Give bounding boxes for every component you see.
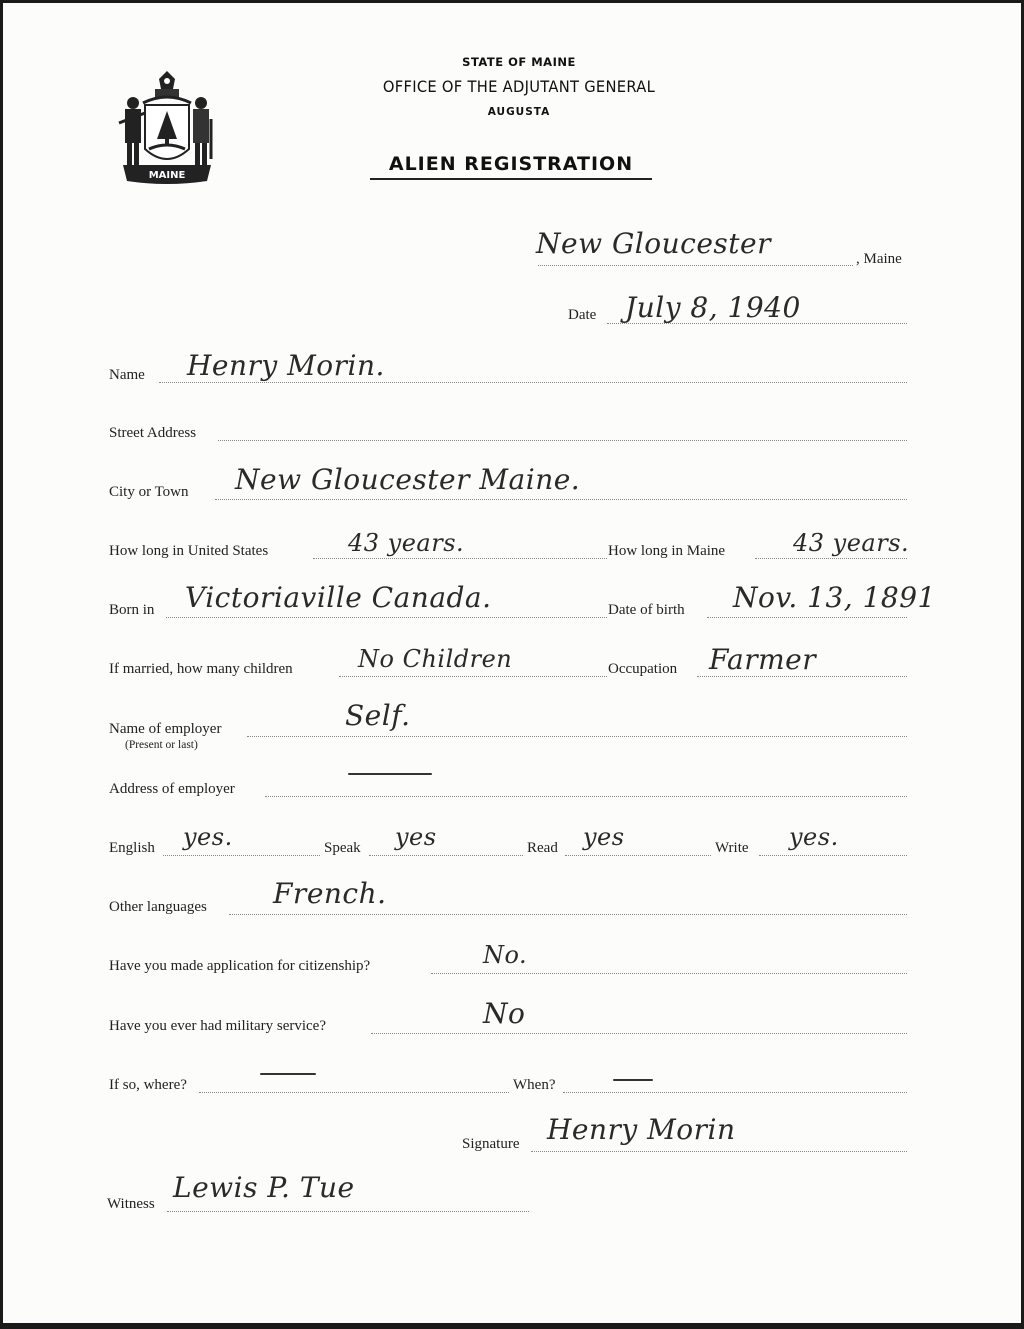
speak-label: Speak [324,840,361,857]
write-value[interactable]: yes. [789,823,839,851]
date-value[interactable]: July 8, 1940 [625,291,801,324]
employer-address-label: Address of employer [109,781,235,798]
children-line [339,676,607,677]
when-dash [613,1079,653,1081]
employer-name-line [247,736,907,737]
where-line [199,1092,509,1093]
how-long-us-value[interactable]: 43 years. [348,529,464,557]
born-in-label: Born in [109,602,154,619]
english-value[interactable]: yes. [183,823,233,851]
other-languages-label: Other languages [109,899,207,916]
how-long-maine-value[interactable]: 43 years. [793,529,909,557]
how-long-maine-label: How long in Maine [608,543,725,560]
born-in-line [166,617,607,618]
where-dash [260,1073,316,1075]
write-label: Write [715,840,749,857]
name-label: Name [109,367,145,384]
children-value[interactable]: No Children [358,645,512,673]
witness-line [167,1211,529,1212]
street-address-line[interactable] [218,440,907,441]
name-value[interactable]: Henry Morin. [187,349,385,382]
date-of-birth-line [707,617,907,618]
alien-registration-form: MAINE STATE OF MAINE OFFICE OF THE ADJUT… [3,3,1021,1323]
location-value[interactable]: New Gloucester [536,227,771,260]
read-line [565,855,711,856]
speak-value[interactable]: yes [395,823,437,851]
military-value[interactable]: No [483,997,525,1030]
employer-name-label: Name of employer [109,721,221,738]
street-address-label: Street Address [109,425,196,442]
english-label: English [109,840,155,857]
how-long-us-line [313,558,607,559]
when-label: When? [513,1077,555,1094]
write-line [759,855,907,856]
employer-address-line [265,796,907,797]
occupation-label: Occupation [608,661,677,678]
date-label: Date [568,307,596,324]
occupation-value[interactable]: Farmer [709,643,816,676]
city-value[interactable]: New Gloucester Maine. [235,463,580,496]
witness-label: Witness [107,1196,155,1213]
city-label: City or Town [109,484,189,501]
speak-line [369,855,523,856]
location-line [538,265,853,266]
page-title: ALIEN REGISTRATION [370,153,652,180]
where-label: If so, where? [109,1077,187,1094]
occupation-line [697,676,907,677]
military-line [371,1033,907,1034]
signature-line [531,1151,907,1152]
children-label: If married, how many children [109,661,293,678]
read-label: Read [527,840,558,857]
other-languages-value[interactable]: French. [273,877,387,910]
how-long-us-label: How long in United States [109,543,268,560]
employer-name-sublabel: (Present or last) [125,739,198,751]
date-of-birth-label: Date of birth [608,602,685,619]
svg-text:MAINE: MAINE [149,170,186,181]
header-city: AUGUSTA [219,106,819,118]
citizenship-value[interactable]: No. [483,941,527,969]
citizenship-label: Have you made application for citizenshi… [109,958,370,975]
employer-name-value[interactable]: Self. [345,699,410,732]
signature-value[interactable]: Henry Morin [547,1113,736,1146]
location-suffix: , Maine [856,251,902,268]
date-of-birth-value[interactable]: Nov. 13, 1891 [733,581,936,614]
read-value[interactable]: yes [583,823,625,851]
military-label: Have you ever had military service? [109,1018,326,1035]
signature-label: Signature [462,1136,520,1153]
header-state: STATE OF MAINE [219,55,819,69]
name-line [159,382,907,383]
employer-address-dash [348,773,432,775]
born-in-value[interactable]: Victoriaville Canada. [185,581,492,614]
when-line [563,1092,907,1093]
how-long-maine-line [755,558,907,559]
english-line [163,855,320,856]
citizenship-line [431,973,907,974]
maine-state-seal-icon: MAINE [115,69,219,189]
header-office: OFFICE OF THE ADJUTANT GENERAL [243,77,795,96]
other-languages-line [229,914,907,915]
city-line [215,499,907,500]
witness-value[interactable]: Lewis P. Tue [173,1171,355,1204]
